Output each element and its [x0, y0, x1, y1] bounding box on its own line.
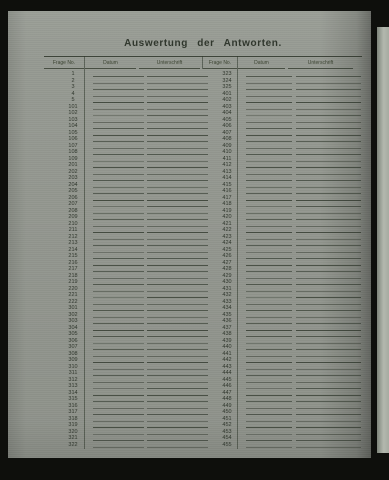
- unterschrift-line: [147, 162, 208, 168]
- datum-line: [93, 429, 144, 435]
- datum-line: [246, 156, 292, 162]
- datum-line: [93, 344, 144, 350]
- unterschrift-line: [296, 91, 361, 97]
- datum-line: [93, 422, 144, 428]
- datum-line: [246, 169, 292, 175]
- unterschrift-line: [296, 208, 361, 214]
- datum-line: [246, 182, 292, 188]
- unterschrift-line: [147, 208, 208, 214]
- unterschrift-line: [296, 78, 361, 84]
- unterschrift-line: [147, 71, 208, 77]
- datum-line: [93, 240, 144, 246]
- unterschrift-line: [296, 149, 361, 155]
- unterschrift-line: [296, 169, 361, 175]
- datum-line: [246, 247, 292, 253]
- unterschrift-line: [147, 403, 208, 409]
- datum-line: [246, 260, 292, 266]
- datum-line: [246, 195, 292, 201]
- table-group-right: 323 324 325 401 402 403 404 405: [207, 71, 367, 448]
- datum-line: [246, 422, 292, 428]
- datum-line: [246, 442, 292, 448]
- unterschrift-line: [296, 364, 361, 370]
- datum-line: [246, 286, 292, 292]
- datum-line: [93, 182, 144, 188]
- datum-line: [246, 221, 292, 227]
- unterschrift-line: [296, 188, 361, 194]
- datum-line: [246, 175, 292, 181]
- scan-background: Auswertung der Antworten. Frage No. Datu…: [0, 0, 389, 480]
- datum-line: [246, 279, 292, 285]
- unterschrift-line: [296, 266, 361, 272]
- unterschrift-line: [147, 299, 208, 305]
- header-left-frage-no: Frage No.: [44, 58, 84, 69]
- datum-line: [93, 208, 144, 214]
- datum-line: [93, 403, 144, 409]
- datum-line: [93, 188, 144, 194]
- datum-line: [246, 292, 292, 298]
- datum-line: [93, 104, 144, 110]
- datum-line: [93, 78, 144, 84]
- unterschrift-line: [296, 312, 361, 318]
- unterschrift-line: [147, 344, 208, 350]
- unterschrift-line: [296, 377, 361, 383]
- unterschrift-line: [296, 403, 361, 409]
- unterschrift-line: [296, 110, 361, 116]
- datum-line: [246, 416, 292, 422]
- datum-line: [93, 390, 144, 396]
- datum-line: [93, 162, 144, 168]
- datum-line: [246, 370, 292, 376]
- datum-line: [246, 78, 292, 84]
- datum-line: [246, 227, 292, 233]
- book-page: Auswertung der Antworten. Frage No. Datu…: [8, 11, 371, 458]
- datum-line: [246, 383, 292, 389]
- datum-line: [93, 156, 144, 162]
- datum-line: [93, 266, 144, 272]
- datum-line: [246, 344, 292, 350]
- datum-line: [246, 273, 292, 279]
- datum-line: [246, 84, 292, 90]
- datum-line: [93, 136, 144, 142]
- unterschrift-line: [296, 143, 361, 149]
- datum-line: [93, 292, 144, 298]
- unterschrift-line: [296, 123, 361, 129]
- datum-line: [246, 377, 292, 383]
- datum-line: [93, 214, 144, 220]
- table-rows-right: 323 324 325 401 402 403 404 405: [207, 71, 367, 448]
- datum-line: [93, 396, 144, 402]
- unterschrift-line: [296, 136, 361, 142]
- datum-line: [93, 286, 144, 292]
- datum-line: [246, 357, 292, 363]
- unterschrift-line: [296, 247, 361, 253]
- unterschrift-line: [147, 143, 208, 149]
- unterschrift-line: [296, 325, 361, 331]
- datum-line: [93, 123, 144, 129]
- datum-line: [246, 71, 292, 77]
- datum-line: [246, 435, 292, 441]
- table-row: 322: [53, 442, 213, 449]
- header-right-datum: Datum: [238, 58, 285, 69]
- datum-line: [93, 377, 144, 383]
- unterschrift-line: [147, 396, 208, 402]
- datum-line: [246, 240, 292, 246]
- page-title: Auswertung der Antworten.: [44, 38, 362, 49]
- datum-line: [246, 351, 292, 357]
- unterschrift-line: [296, 84, 361, 90]
- unterschrift-line: [147, 266, 208, 272]
- unterschrift-line: [296, 299, 361, 305]
- unterschrift-line: [296, 130, 361, 136]
- datum-line: [246, 162, 292, 168]
- unterschrift-line: [296, 253, 361, 259]
- unterschrift-line: [296, 370, 361, 376]
- unterschrift-line: [147, 370, 208, 376]
- unterschrift-line: [296, 429, 361, 435]
- header-right-frage-no: Frage No.: [203, 58, 237, 69]
- datum-line: [93, 325, 144, 331]
- datum-line: [246, 149, 292, 155]
- unterschrift-line: [147, 279, 208, 285]
- unterschrift-line: [296, 234, 361, 240]
- unterschrift-line: [147, 247, 208, 253]
- datum-line: [93, 97, 144, 103]
- unterschrift-line: [147, 377, 208, 383]
- next-page-edge: [377, 27, 389, 453]
- unterschrift-line: [296, 195, 361, 201]
- datum-line: [246, 208, 292, 214]
- table-row: 455: [207, 442, 367, 449]
- unterschrift-line: [147, 390, 208, 396]
- unterschrift-line: [147, 182, 208, 188]
- datum-line: [246, 338, 292, 344]
- unterschrift-line: [296, 156, 361, 162]
- datum-line: [93, 110, 144, 116]
- datum-line: [246, 403, 292, 409]
- unterschrift-line: [147, 312, 208, 318]
- unterschrift-line: [147, 292, 208, 298]
- unterschrift-line: [147, 136, 208, 142]
- datum-line: [93, 273, 144, 279]
- unterschrift-line: [147, 221, 208, 227]
- unterschrift-line: [296, 318, 361, 324]
- unterschrift-line: [296, 201, 361, 207]
- table-group-left: 1 2 3 4 5 101 102 103 104: [53, 71, 213, 448]
- datum-line: [93, 312, 144, 318]
- unterschrift-line: [296, 383, 361, 389]
- datum-line: [93, 130, 144, 136]
- datum-line: [93, 247, 144, 253]
- unterschrift-line: [147, 214, 208, 220]
- unterschrift-line: [296, 175, 361, 181]
- unterschrift-line: [296, 390, 361, 396]
- unterschrift-line: [296, 260, 361, 266]
- table-top-rule: [44, 56, 362, 57]
- unterschrift-line: [296, 279, 361, 285]
- datum-line: [93, 227, 144, 233]
- datum-line: [246, 97, 292, 103]
- unterschrift-line: [147, 78, 208, 84]
- unterschrift-line: [296, 442, 361, 448]
- datum-line: [93, 331, 144, 337]
- unterschrift-line: [147, 169, 208, 175]
- unterschrift-line: [147, 338, 208, 344]
- datum-line: [93, 234, 144, 240]
- datum-line: [246, 188, 292, 194]
- unterschrift-line: [296, 338, 361, 344]
- datum-line: [246, 312, 292, 318]
- unterschrift-line: [147, 305, 208, 311]
- datum-line: [246, 214, 292, 220]
- datum-line: [246, 409, 292, 415]
- frage-number: 455: [207, 442, 247, 449]
- unterschrift-line: [296, 214, 361, 220]
- datum-line: [246, 331, 292, 337]
- unterschrift-line: [296, 273, 361, 279]
- datum-line: [93, 357, 144, 363]
- unterschrift-line: [147, 357, 208, 363]
- datum-line: [246, 299, 292, 305]
- datum-line: [93, 253, 144, 259]
- unterschrift-line: [296, 162, 361, 168]
- unterschrift-line: [296, 97, 361, 103]
- datum-line: [93, 260, 144, 266]
- unterschrift-line: [147, 123, 208, 129]
- unterschrift-line: [147, 383, 208, 389]
- datum-line: [93, 409, 144, 415]
- datum-line: [93, 299, 144, 305]
- unterschrift-line: [296, 227, 361, 233]
- unterschrift-line: [147, 286, 208, 292]
- datum-line: [246, 364, 292, 370]
- unterschrift-line: [296, 396, 361, 402]
- unterschrift-line: [147, 149, 208, 155]
- unterschrift-line: [147, 156, 208, 162]
- unterschrift-line: [147, 273, 208, 279]
- datum-line: [93, 175, 144, 181]
- unterschrift-line: [147, 351, 208, 357]
- datum-line: [93, 84, 144, 90]
- unterschrift-line: [296, 305, 361, 311]
- unterschrift-line: [296, 240, 361, 246]
- datum-line: [93, 71, 144, 77]
- unterschrift-line: [147, 409, 208, 415]
- datum-line: [93, 143, 144, 149]
- datum-line: [93, 442, 144, 448]
- header-left-datum: Datum: [85, 58, 136, 69]
- unterschrift-line: [296, 416, 361, 422]
- datum-line: [93, 338, 144, 344]
- datum-line: [93, 91, 144, 97]
- unterschrift-line: [296, 422, 361, 428]
- unterschrift-line: [147, 110, 208, 116]
- unterschrift-line: [147, 97, 208, 103]
- datum-line: [246, 429, 292, 435]
- datum-line: [93, 221, 144, 227]
- unterschrift-line: [296, 357, 361, 363]
- datum-line: [93, 169, 144, 175]
- datum-line: [246, 143, 292, 149]
- datum-line: [246, 253, 292, 259]
- datum-line: [246, 130, 292, 136]
- datum-line: [93, 279, 144, 285]
- datum-line: [246, 104, 292, 110]
- unterschrift-line: [147, 240, 208, 246]
- unterschrift-line: [147, 325, 208, 331]
- datum-line: [246, 305, 292, 311]
- datum-line: [246, 318, 292, 324]
- unterschrift-line: [147, 260, 208, 266]
- datum-line: [93, 318, 144, 324]
- unterschrift-line: [147, 429, 208, 435]
- unterschrift-line: [147, 84, 208, 90]
- datum-line: [93, 149, 144, 155]
- datum-line: [93, 195, 144, 201]
- datum-line: [93, 364, 144, 370]
- unterschrift-line: [296, 435, 361, 441]
- unterschrift-line: [147, 435, 208, 441]
- unterschrift-line: [147, 416, 208, 422]
- datum-line: [246, 201, 292, 207]
- header-left-unterschrift: Unterschrift: [139, 58, 200, 69]
- datum-line: [93, 416, 144, 422]
- unterschrift-line: [147, 331, 208, 337]
- datum-line: [93, 435, 144, 441]
- datum-line: [246, 110, 292, 116]
- datum-line: [246, 325, 292, 331]
- unterschrift-line: [147, 117, 208, 123]
- unterschrift-line: [147, 253, 208, 259]
- unterschrift-line: [147, 442, 208, 448]
- unterschrift-line: [147, 422, 208, 428]
- header-right-unterschrift: Unterschrift: [288, 58, 353, 69]
- datum-line: [246, 234, 292, 240]
- unterschrift-line: [147, 201, 208, 207]
- unterschrift-line: [296, 286, 361, 292]
- unterschrift-line: [147, 227, 208, 233]
- unterschrift-line: [147, 175, 208, 181]
- datum-line: [93, 351, 144, 357]
- unterschrift-line: [296, 409, 361, 415]
- datum-line: [246, 91, 292, 97]
- datum-line: [246, 123, 292, 129]
- unterschrift-line: [147, 104, 208, 110]
- unterschrift-line: [296, 344, 361, 350]
- datum-line: [93, 305, 144, 311]
- unterschrift-line: [296, 71, 361, 77]
- datum-line: [246, 136, 292, 142]
- unterschrift-line: [296, 221, 361, 227]
- unterschrift-line: [147, 234, 208, 240]
- datum-line: [93, 383, 144, 389]
- datum-line: [93, 201, 144, 207]
- datum-line: [246, 266, 292, 272]
- datum-line: [246, 396, 292, 402]
- unterschrift-line: [296, 182, 361, 188]
- unterschrift-line: [147, 188, 208, 194]
- unterschrift-line: [147, 130, 208, 136]
- unterschrift-line: [296, 292, 361, 298]
- datum-line: [246, 390, 292, 396]
- datum-line: [93, 117, 144, 123]
- unterschrift-line: [147, 364, 208, 370]
- datum-line: [246, 117, 292, 123]
- table-rows-left: 1 2 3 4 5 101 102 103 104: [53, 71, 213, 448]
- unterschrift-line: [296, 117, 361, 123]
- datum-line: [93, 370, 144, 376]
- unterschrift-line: [296, 351, 361, 357]
- unterschrift-line: [147, 318, 208, 324]
- unterschrift-line: [147, 91, 208, 97]
- unterschrift-line: [296, 331, 361, 337]
- unterschrift-line: [147, 195, 208, 201]
- frage-number: 322: [53, 442, 93, 449]
- unterschrift-line: [296, 104, 361, 110]
